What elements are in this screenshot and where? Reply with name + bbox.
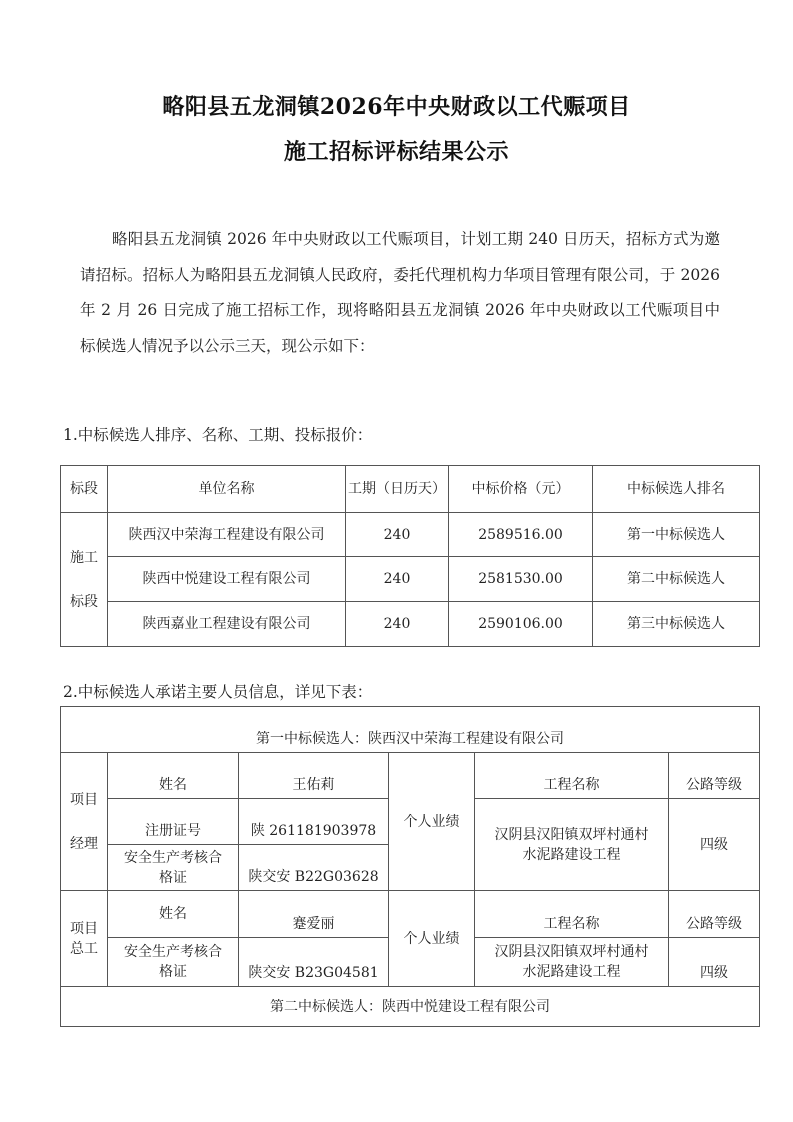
table-row: 陕西中悦建设工程有限公司 240 2581530.00 第二中标候选人	[61, 557, 760, 602]
price-cell: 2589516.00	[449, 513, 593, 557]
engineer-road-grade: 四级	[669, 938, 760, 987]
manager-name: 王佑莉	[239, 753, 389, 799]
manager-role-line1: 项目	[61, 778, 107, 822]
candidate2-title: 第二中标候选人：陕西中悦建设工程有限公司	[61, 987, 760, 1027]
engineer-project-name-label: 工程名称	[475, 891, 669, 938]
price-cell: 2590106.00	[449, 602, 593, 647]
manager-safety-label: 安全生产考核合格证	[108, 845, 239, 891]
rank-cell: 第二中标候选人	[593, 557, 760, 602]
duration-cell: 240	[346, 602, 449, 647]
engineer-performance-label: 个人业绩	[389, 891, 475, 987]
section2-heading: 2.中标候选人承诺主要人员信息，详见下表：	[63, 680, 372, 702]
rank-cell: 第三中标候选人	[593, 602, 760, 647]
engineer-role-line1: 项目	[61, 919, 107, 939]
duration-cell: 240	[346, 513, 449, 557]
manager-role-line2: 经理	[61, 822, 107, 866]
table-header-row: 标段 单位名称 工期（日历天） 中标价格（元） 中标候选人排名	[61, 466, 760, 513]
section-label-line1: 施工	[61, 536, 107, 580]
table-row: 陕西嘉业工程建设有限公司 240 2590106.00 第三中标候选人	[61, 602, 760, 647]
rank-cell: 第一中标候选人	[593, 513, 760, 557]
document-title-line2: 施工招标评标结果公示	[0, 135, 793, 166]
price-cell: 2581530.00	[449, 557, 593, 602]
header-section: 标段	[61, 466, 108, 513]
candidates-ranking-table: 标段 单位名称 工期（日历天） 中标价格（元） 中标候选人排名 施工 标段 陕西…	[60, 465, 760, 647]
manager-project-name: 汉阴县汉阳镇双坪村通村水泥路建设工程	[475, 799, 669, 891]
company-cell: 陕西嘉业工程建设有限公司	[108, 602, 346, 647]
manager-name-row: 项目 经理 姓名 王佑莉 个人业绩 工程名称 公路等级	[61, 753, 760, 799]
engineer-safety-no: 陕交安 B23G04581	[239, 938, 389, 987]
duration-cell: 240	[346, 557, 449, 602]
document-title-line1: 略阳县五龙洞镇2026年中央财政以工代赈项目	[0, 90, 793, 121]
engineer-road-grade-label: 公路等级	[669, 891, 760, 938]
section-label-line2: 标段	[61, 580, 107, 624]
engineer-safety-label: 安全生产考核合格证	[108, 938, 239, 987]
engineer-role-cell: 项目 总工	[61, 891, 108, 987]
manager-role-cell: 项目 经理	[61, 753, 108, 891]
manager-name-label: 姓名	[108, 753, 239, 799]
manager-project-name-label: 工程名称	[475, 753, 669, 799]
engineer-name-label: 姓名	[108, 891, 239, 938]
manager-reg-label: 注册证号	[108, 799, 239, 845]
intro-paragraph: 略阳县五龙洞镇 2026 年中央财政以工代赈项目，计划工期 240 日历天，招标…	[80, 222, 720, 364]
candidate1-title: 第一中标候选人：陕西汉中荣海工程建设有限公司	[61, 707, 760, 753]
company-cell: 陕西中悦建设工程有限公司	[108, 557, 346, 602]
section-label-cell: 施工 标段	[61, 513, 108, 647]
manager-performance-label: 个人业绩	[389, 753, 475, 891]
section1-heading: 1.中标候选人排序、名称、工期、投标报价：	[63, 423, 372, 445]
header-duration: 工期（日历天）	[346, 466, 449, 513]
header-company: 单位名称	[108, 466, 346, 513]
candidate1-title-row: 第一中标候选人：陕西汉中荣海工程建设有限公司	[61, 707, 760, 753]
header-rank: 中标候选人排名	[593, 466, 760, 513]
key-personnel-table: 第一中标候选人：陕西汉中荣海工程建设有限公司 项目 经理 姓名 王佑莉 个人业绩…	[60, 706, 760, 1027]
manager-safety-no: 陕交安 B22G03628	[239, 845, 389, 891]
engineer-name-row: 项目 总工 姓名 蹇爱丽 个人业绩 工程名称 公路等级	[61, 891, 760, 938]
manager-road-grade-label: 公路等级	[669, 753, 760, 799]
engineer-name: 蹇爱丽	[239, 891, 389, 938]
header-price: 中标价格（元）	[449, 466, 593, 513]
engineer-project-name: 汉阴县汉阳镇双坪村通村水泥路建设工程	[475, 938, 669, 987]
candidate2-title-row: 第二中标候选人：陕西中悦建设工程有限公司	[61, 987, 760, 1027]
manager-road-grade: 四级	[669, 799, 760, 891]
manager-reg-no: 陕 261181903978	[239, 799, 389, 845]
intro-text: 略阳县五龙洞镇 2026 年中央财政以工代赈项目，计划工期 240 日历天，招标…	[80, 222, 720, 364]
company-cell: 陕西汉中荣海工程建设有限公司	[108, 513, 346, 557]
table-row: 施工 标段 陕西汉中荣海工程建设有限公司 240 2589516.00 第一中标…	[61, 513, 760, 557]
engineer-role-line2: 总工	[61, 939, 107, 959]
